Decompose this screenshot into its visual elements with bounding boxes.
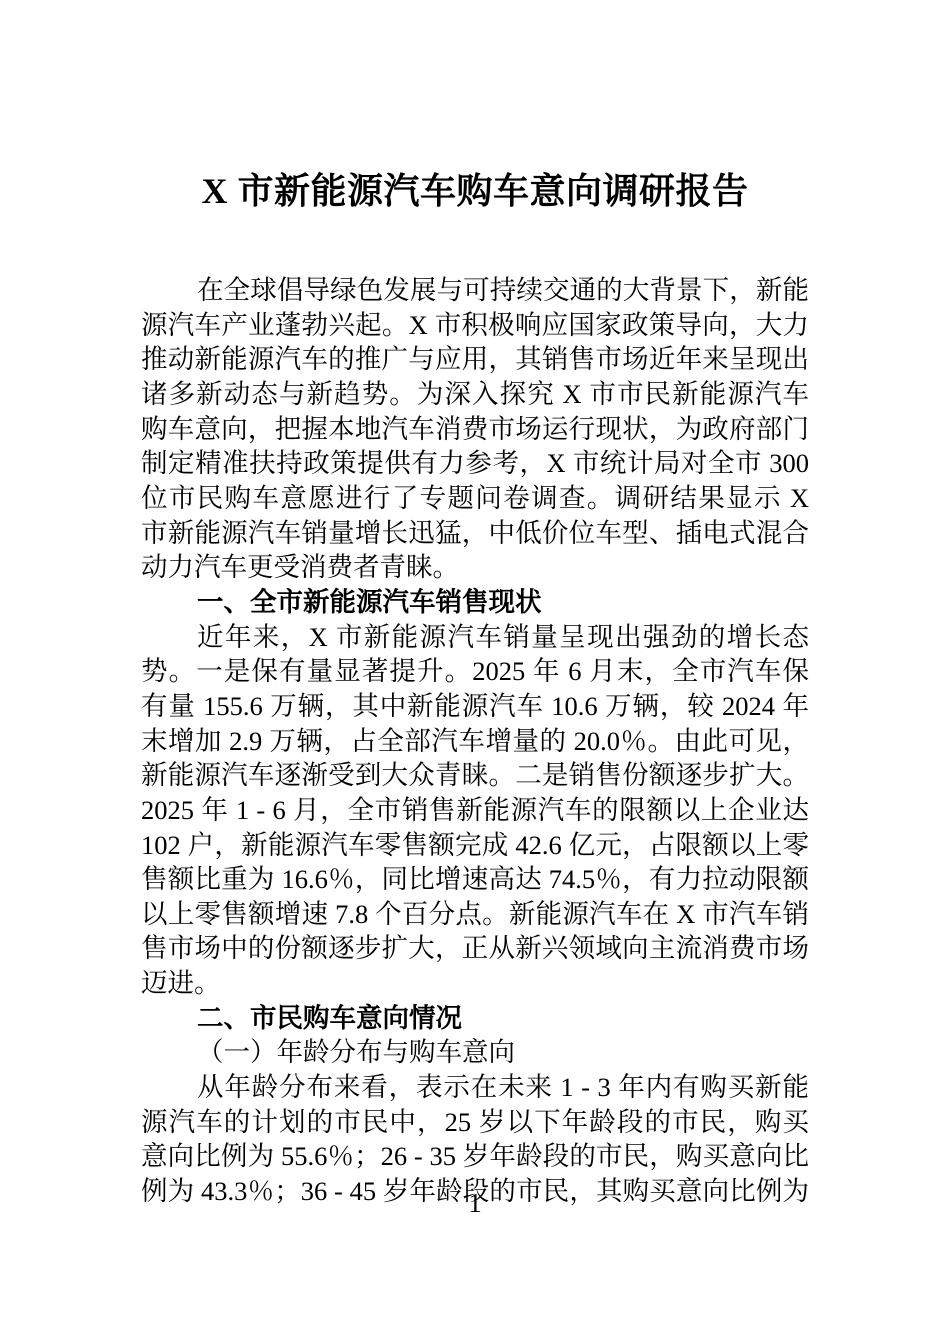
intro-paragraph: 在全球倡导绿色发展与可持续交通的大背景下，新能源汽车产业蓬勃兴起。X 市积极响应… [141, 273, 809, 585]
page-number: 1 [0, 1186, 950, 1220]
subsection-heading-age-distribution: （一）年龄分布与购车意向 [141, 1035, 809, 1070]
document-title: X 市新能源汽车购车意向调研报告 [141, 166, 809, 216]
document-page: X 市新能源汽车购车意向调研报告 在全球倡导绿色发展与可持续交通的大背景下，新能… [0, 0, 950, 1344]
section-heading-purchase-intention: 二、市民购车意向情况 [141, 1001, 809, 1036]
sales-status-paragraph: 近年来，X 市新能源汽车销量呈现出强劲的增长态势。一是保有量显著提升。2025 … [141, 620, 809, 1001]
section-heading-sales-status: 一、全市新能源汽车销售现状 [141, 585, 809, 620]
document-body: X 市新能源汽车购车意向调研报告 在全球倡导绿色发展与可持续交通的大背景下，新能… [141, 0, 809, 1209]
